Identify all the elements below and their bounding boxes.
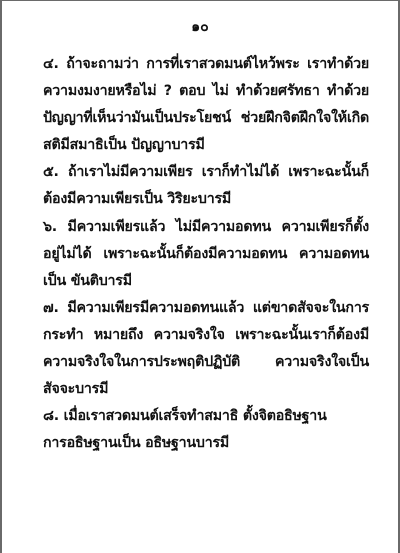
paragraph-line: สัจจะบารมี (43, 376, 369, 403)
paragraph-line: ความจริงใจในการประพฤติปฏิบัติ ความจริงใจ… (43, 349, 369, 376)
list-item-7: ๗. มีความเพียรมีความอดทนแล้ว แต่ขาดสัจจะ… (43, 295, 369, 403)
paragraph-line: ความงมงายหรือไม่ ? ตอบ ไม่ ทำด้วยศรัทธา … (43, 78, 369, 105)
paragraph-line: อยู่ไม่ได้ เพราะฉะนั้นก็ต้องมีความอดทน ค… (43, 241, 369, 268)
list-item-6: ๖. มีความเพียรแล้ว ไม่มีความอดทน ความเพี… (43, 214, 369, 295)
list-item-8: ๘. เมื่อเราสวดมนต์เสร็จทำสมาธิ ตั้งจิตอธ… (43, 403, 369, 457)
paragraph-line: ๔. ถ้าจะถามว่า การที่เราสวดมนต์ไหว้พระ เ… (43, 51, 369, 78)
paragraph-line: สติมีสมาธิเป็น ปัญญาบารมี (43, 132, 369, 159)
paragraph-line: ๗. มีความเพียรมีความอดทนแล้ว แต่ขาดสัจจะ… (43, 295, 369, 322)
paragraph-line: กระทำ หมายถึง ความจริงใจ เพราะฉะนั้นเราก… (43, 322, 369, 349)
page-number: ๑๐ (2, 17, 398, 37)
paragraph-line: ปัญญาที่เห็นว่ามันเป็นประโยชน์ ช่วยฝึกจิ… (43, 105, 369, 132)
page-content: ๔. ถ้าจะถามว่า การที่เราสวดมนต์ไหว้พระ เ… (43, 51, 369, 457)
paragraph-line: ๘. เมื่อเราสวดมนต์เสร็จทำสมาธิ ตั้งจิตอธ… (43, 403, 369, 430)
paragraph-line: การอธิษฐานเป็น อธิษฐานบารมี (43, 430, 369, 457)
paragraph-line: เป็น ขันติบารมี (43, 268, 369, 295)
list-item-4: ๔. ถ้าจะถามว่า การที่เราสวดมนต์ไหว้พระ เ… (43, 51, 369, 159)
paragraph-line: ต้องมีความเพียรเป็น วิริยะบารมี (43, 186, 369, 213)
document-page: ๑๐ ๔. ถ้าจะถามว่า การที่เราสวดมนต์ไหว้พร… (0, 0, 400, 553)
list-item-5: ๕. ถ้าเราไม่มีความเพียร เราก็ทำไม่ได้ เพ… (43, 159, 369, 213)
paragraph-line: ๕. ถ้าเราไม่มีความเพียร เราก็ทำไม่ได้ เพ… (43, 159, 369, 186)
paragraph-line: ๖. มีความเพียรแล้ว ไม่มีความอดทน ความเพี… (43, 214, 369, 241)
